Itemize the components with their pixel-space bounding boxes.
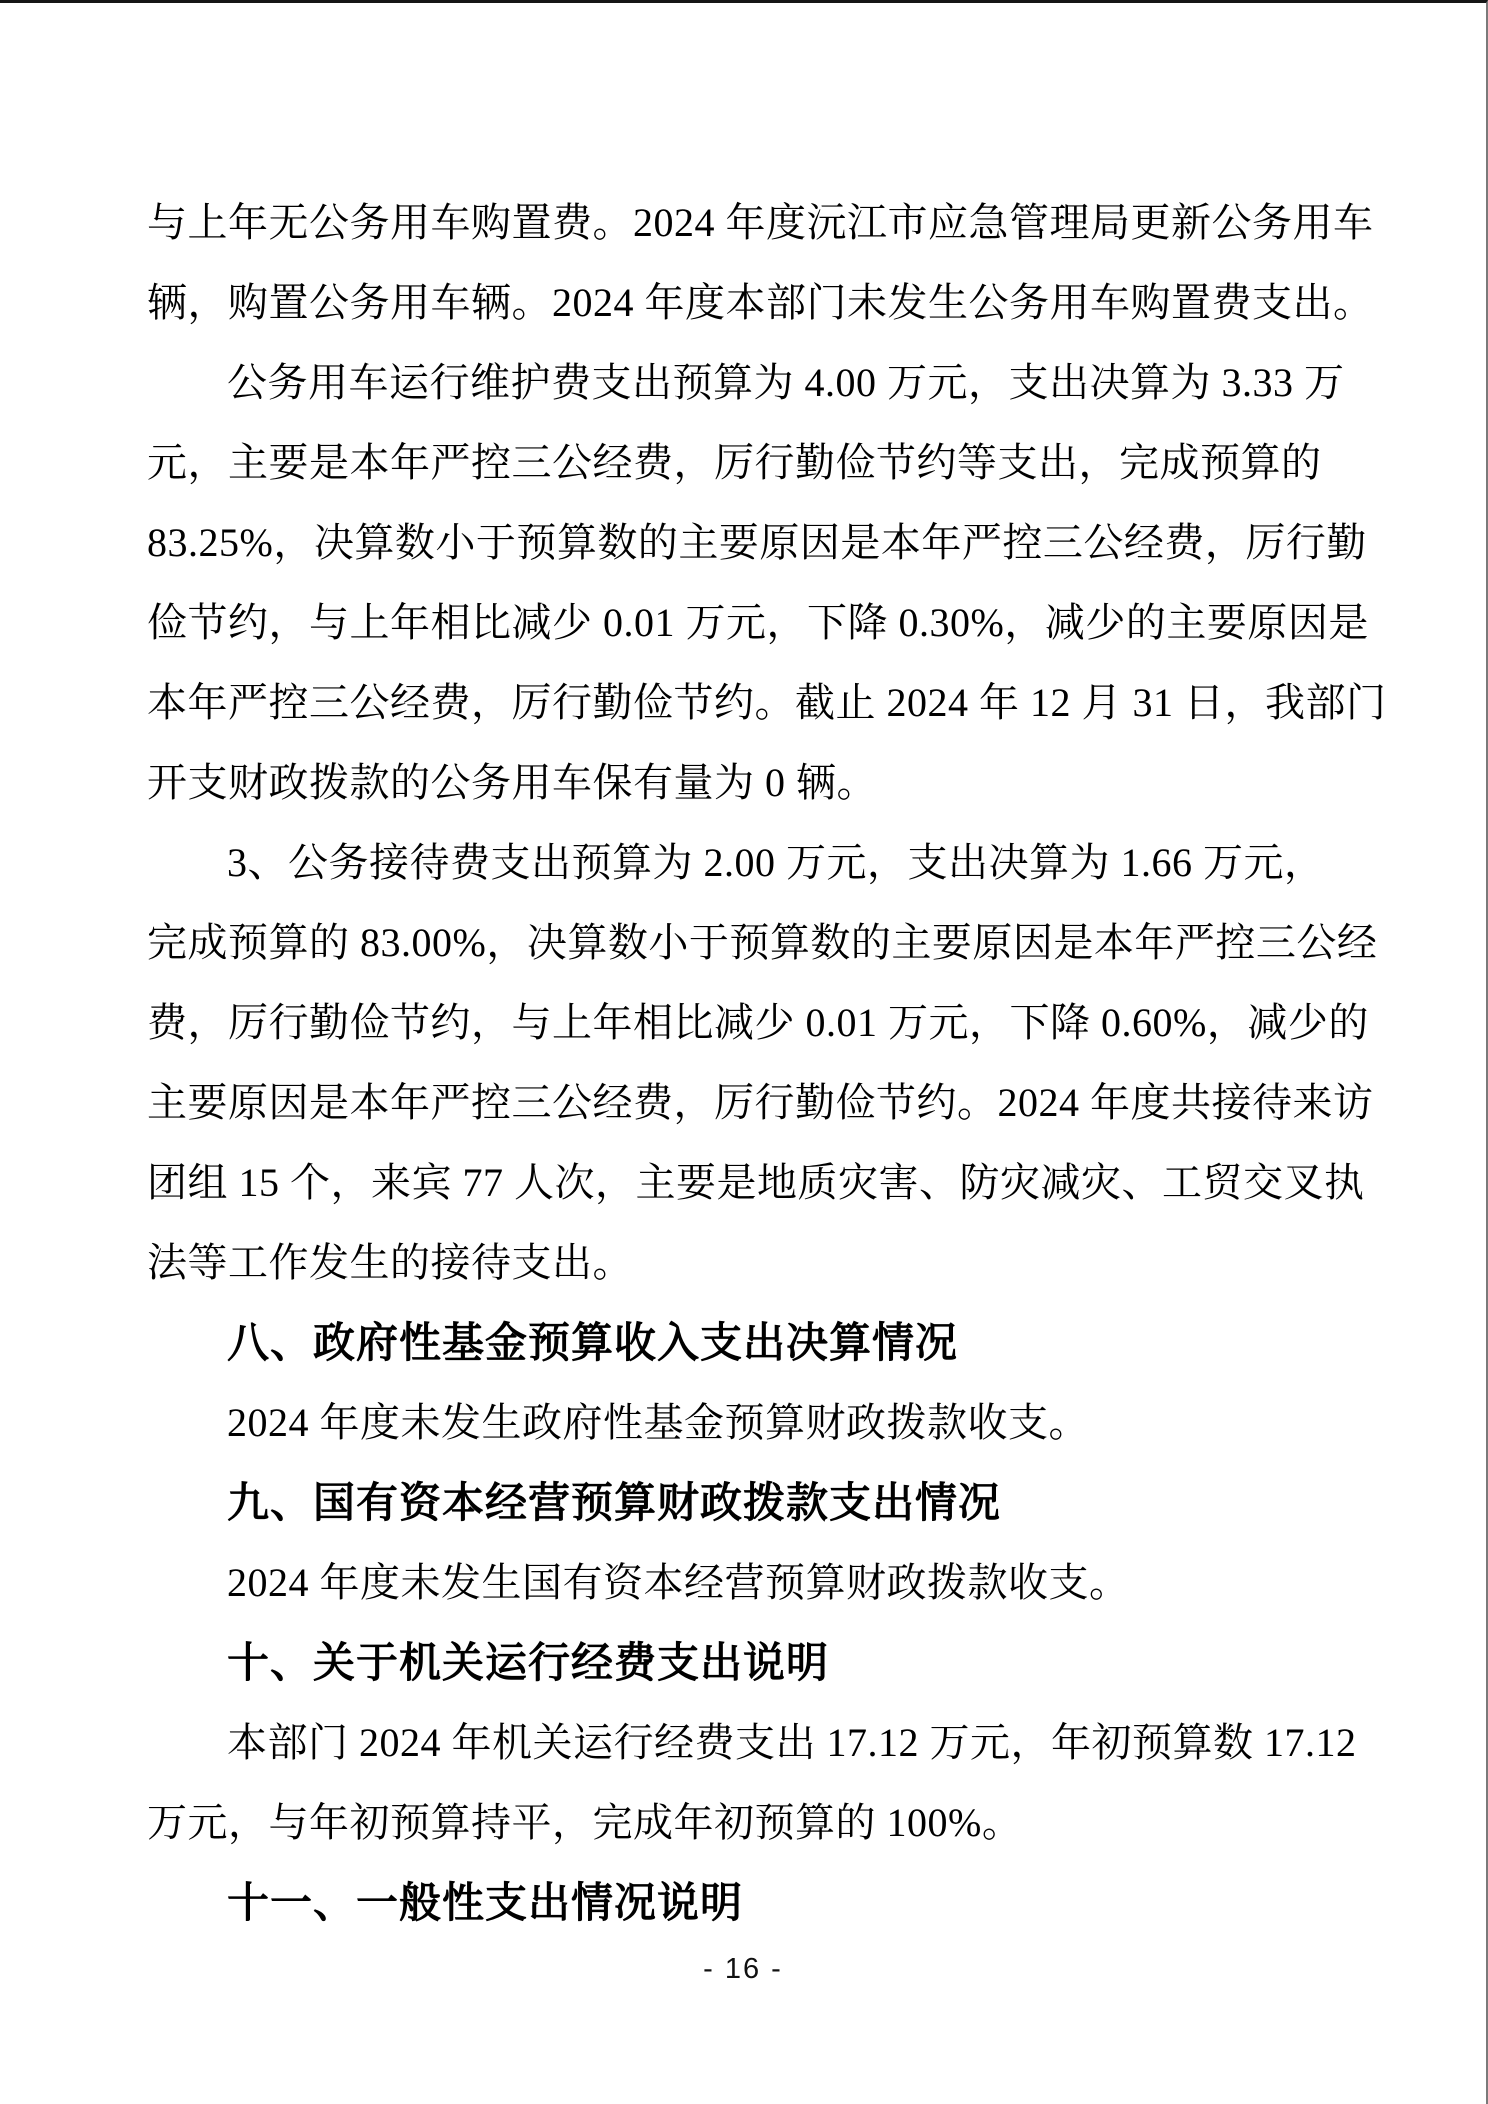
text-line: 主要原因是本年严控三公经费，厉行勤俭节约。2024 年度共接待来访 <box>147 1063 1361 1143</box>
text-line: 2024 年度未发生国有资本经营预算财政拨款收支。 <box>147 1543 1361 1623</box>
text-line: 开支财政拨款的公务用车保有量为 0 辆。 <box>147 743 1361 823</box>
section-heading: 九、国有资本经营预算财政拨款支出情况 <box>147 1463 1361 1543</box>
text-line: 2024 年度未发生政府性基金预算财政拨款收支。 <box>147 1383 1361 1463</box>
section-heading: 十一、一般性支出情况说明 <box>147 1863 1361 1943</box>
text-line: 3、公务接待费支出预算为 2.00 万元，支出决算为 1.66 万元， <box>147 823 1361 903</box>
text-line: 本部门 2024 年机关运行经费支出 17.12 万元，年初预算数 17.12 <box>147 1703 1361 1783</box>
section-heading: 十、关于机关运行经费支出说明 <box>147 1623 1361 1703</box>
text-line: 与上年无公务用车购置费。2024 年度沅江市应急管理局更新公务用车 <box>147 183 1361 263</box>
text-line: 完成预算的 83.00%，决算数小于预算数的主要原因是本年严控三公经 <box>147 903 1361 983</box>
section-heading: 八、政府性基金预算收入支出决算情况 <box>147 1303 1361 1383</box>
text-line: 83.25%，决算数小于预算数的主要原因是本年严控三公经费，厉行勤 <box>147 503 1361 583</box>
document-body: 与上年无公务用车购置费。2024 年度沅江市应急管理局更新公务用车辆，购置公务用… <box>147 183 1361 1943</box>
text-line: 法等工作发生的接待支出。 <box>147 1223 1361 1303</box>
text-line: 俭节约，与上年相比减少 0.01 万元，下降 0.30%，减少的主要原因是 <box>147 583 1361 663</box>
text-line: 万元，与年初预算持平，完成年初预算的 100%。 <box>147 1783 1361 1863</box>
text-line: 费，厉行勤俭节约，与上年相比减少 0.01 万元，下降 0.60%，减少的 <box>147 983 1361 1063</box>
text-line: 辆，购置公务用车辆。2024 年度本部门未发生公务用车购置费支出。 <box>147 263 1361 343</box>
page-number: - 16 - <box>0 1945 1486 1993</box>
text-line: 公务用车运行维护费支出预算为 4.00 万元，支出决算为 3.33 万 <box>147 343 1361 423</box>
text-line: 团组 15 个，来宾 77 人次，主要是地质灾害、防灾减灾、工贸交叉执 <box>147 1143 1361 1223</box>
document-page: 与上年无公务用车购置费。2024 年度沅江市应急管理局更新公务用车辆，购置公务用… <box>0 0 1488 2104</box>
text-line: 本年严控三公经费，厉行勤俭节约。截止 2024 年 12 月 31 日，我部门 <box>147 663 1361 743</box>
text-line: 元，主要是本年严控三公经费，厉行勤俭节约等支出，完成预算的 <box>147 423 1361 503</box>
